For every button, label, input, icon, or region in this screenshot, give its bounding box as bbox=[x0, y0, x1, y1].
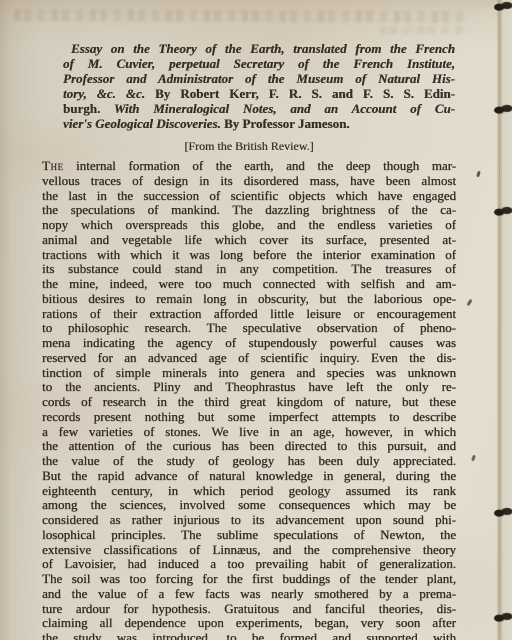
article-body: The internal formation of the earth, and… bbox=[42, 159, 456, 640]
body-line: animal and vegetable life which cover it… bbox=[42, 233, 456, 248]
scanned-page: Essay on the Theory of the Earth, transl… bbox=[0, 0, 512, 640]
body-line: ture ardour for hypothesis. Gratuitous a… bbox=[42, 602, 456, 617]
ink-speck bbox=[466, 299, 472, 307]
source-attribution: [From the British Review.] bbox=[42, 139, 456, 153]
body-line: a few varieties of stones. We live in an… bbox=[42, 425, 456, 440]
article-heading: Essay on the Theory of the Earth, transl… bbox=[63, 41, 455, 131]
heading-line: Essay on the Theory of the Earth, transl… bbox=[63, 41, 455, 56]
body-line: losophical principles. The sublime specu… bbox=[42, 528, 456, 543]
binding-stitch bbox=[492, 205, 512, 218]
body-line: the study was introduced, to be formed a… bbox=[42, 631, 456, 640]
body-line: reserved for an advanced age of scientif… bbox=[42, 351, 456, 366]
body-line: the mine, indeed, were too much connecte… bbox=[42, 277, 456, 292]
binding-thread bbox=[498, 0, 502, 640]
body-line: considered as rather injurious to its ad… bbox=[42, 513, 456, 528]
heading-segment: of M. Cuvier, perpetual Secretary of the… bbox=[63, 56, 455, 71]
heading-line: burgh. With Mineralogical Notes, and an … bbox=[63, 101, 455, 116]
lead-word-smallcaps: The bbox=[42, 159, 63, 173]
body-line: the value of the study of geology has be… bbox=[42, 454, 456, 469]
body-line: and the value of a few facts was nearly … bbox=[42, 587, 456, 602]
heading-segment: Professor and Administrator of the Museu… bbox=[63, 71, 455, 86]
body-line: tractions with which it was long before … bbox=[42, 248, 456, 263]
body-line: vellous traces of design in its disorder… bbox=[42, 174, 456, 189]
body-line: its substance could stand in any competi… bbox=[42, 262, 456, 277]
binding-stitch bbox=[492, 0, 512, 13]
ink-speck bbox=[471, 455, 476, 462]
body-line: to the ancients. Pliny and Theophrastus … bbox=[42, 380, 456, 395]
body-line: The internal formation of the earth, and… bbox=[42, 159, 456, 174]
body-line: eighteenth century, in which period geol… bbox=[42, 484, 456, 499]
body-line: mena indicating the agency of stupendous… bbox=[42, 336, 456, 351]
body-line: claiming all dependence upon experiments… bbox=[42, 616, 456, 631]
heading-segment: Essay on the Theory of the Earth, transl… bbox=[71, 41, 455, 56]
bleed-through-text bbox=[14, 9, 466, 23]
body-line: The soil was too forcing for the first b… bbox=[42, 572, 456, 587]
heading-line: of M. Cuvier, perpetual Secretary of the… bbox=[63, 56, 455, 71]
body-line: to philosophic research. The speculative… bbox=[42, 321, 456, 336]
body-line: rations of their extraction afforded lit… bbox=[42, 307, 456, 322]
body-line: the attention of the curious has been di… bbox=[42, 439, 456, 454]
body-line: But the rapid advance of natural knowled… bbox=[42, 469, 456, 484]
heading-segment: tory, &c. &c. bbox=[63, 86, 145, 101]
body-line: bitious desires to remain long in obscur… bbox=[42, 292, 456, 307]
heading-segment: burgh. bbox=[63, 101, 100, 116]
heading-segment: By Robert Kerr, F. R. S. and F. S. S. Ed… bbox=[145, 86, 455, 101]
heading-line: Professor and Administrator of the Museu… bbox=[63, 71, 455, 86]
bleed-through-text-fragment bbox=[380, 26, 464, 34]
body-line: tinction of simple minerals into genera … bbox=[42, 366, 456, 381]
heading-segment: vier's Geological Discoveries. bbox=[63, 116, 221, 131]
body-line: nopy which overspreads this globe, and t… bbox=[42, 218, 456, 233]
body-line: among the sciences, involved some conseq… bbox=[42, 498, 456, 513]
body-line: of Lavoisier, had induced a too prevaili… bbox=[42, 557, 456, 572]
binding-stitch bbox=[492, 611, 512, 624]
heading-line: tory, &c. &c. By Robert Kerr, F. R. S. a… bbox=[63, 86, 455, 101]
heading-line: vier's Geological Discoveries. By Profes… bbox=[63, 116, 455, 131]
heading-segment: With Mineralogical Notes, and an Account… bbox=[100, 101, 455, 116]
body-line: records present nothing but some imperfe… bbox=[42, 410, 456, 425]
body-line: the speculations of mankind. The dazzlin… bbox=[42, 203, 456, 218]
body-line: cords of research in the third great kin… bbox=[42, 395, 456, 410]
heading-segment: By Professor Jameson. bbox=[221, 116, 350, 131]
binding-stitch bbox=[492, 506, 512, 519]
binding-stitch bbox=[492, 103, 512, 116]
ink-speck bbox=[476, 171, 481, 178]
body-line: the last in the succession of scientific… bbox=[42, 189, 456, 204]
body-line: extensive classifications of Linnæus, an… bbox=[42, 543, 456, 558]
paper-stain bbox=[120, 420, 123, 423]
